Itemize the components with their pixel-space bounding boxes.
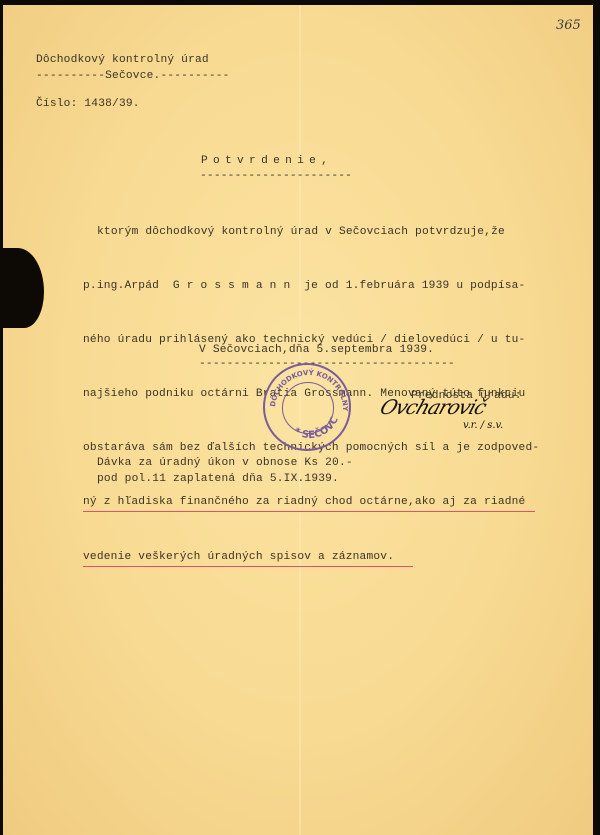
- body-line: ktorým dôchodkový kontrolný úrad v Sečov…: [97, 223, 557, 241]
- svg-text:DÔCHODKOVÝ KONTROLNÝ ÚRAD: DÔCHODKOVÝ KONTROLNÝ ÚRAD: [263, 363, 350, 412]
- body-line-underlined: ný z hľadiska finančného za riadný chod …: [83, 493, 535, 512]
- fee-line: pod pol.11 zaplatená dňa 5.IX.1939.: [97, 471, 339, 487]
- folio-number: 365: [556, 18, 581, 33]
- office-stamp: DÔCHODKOVÝ KONTROLNÝ ÚRAD * SEČOVCE: [263, 363, 351, 451]
- paper-damage-hole: [0, 248, 44, 328]
- body-line-underlined: vedenie veškerých úradných spisov a zázn…: [83, 548, 413, 567]
- body-line: p.ing.Arpád G r o s s m a n n je od 1.fe…: [83, 277, 557, 295]
- office-name: Dôchodkový kontrolný úrad: [36, 52, 209, 68]
- title-rule: ----------------------: [200, 168, 352, 184]
- signature: Ovcharovič: [377, 395, 489, 419]
- reference-number: Číslo: 1438/39.: [36, 96, 140, 112]
- stamp-text-icon: DÔCHODKOVÝ KONTROLNÝ ÚRAD * SEČOVCE: [263, 363, 355, 455]
- office-location: ----------Sečovce.----------: [36, 68, 230, 84]
- document-title: Potvrdenie,: [201, 153, 333, 169]
- signature-note: v.r. / s.v.: [463, 420, 503, 431]
- document-page: 365 Dôchodkový kontrolný úrad ----------…: [3, 5, 593, 835]
- fee-line: Dávka za úradný úkon v obnose Ks 20.-: [97, 455, 353, 471]
